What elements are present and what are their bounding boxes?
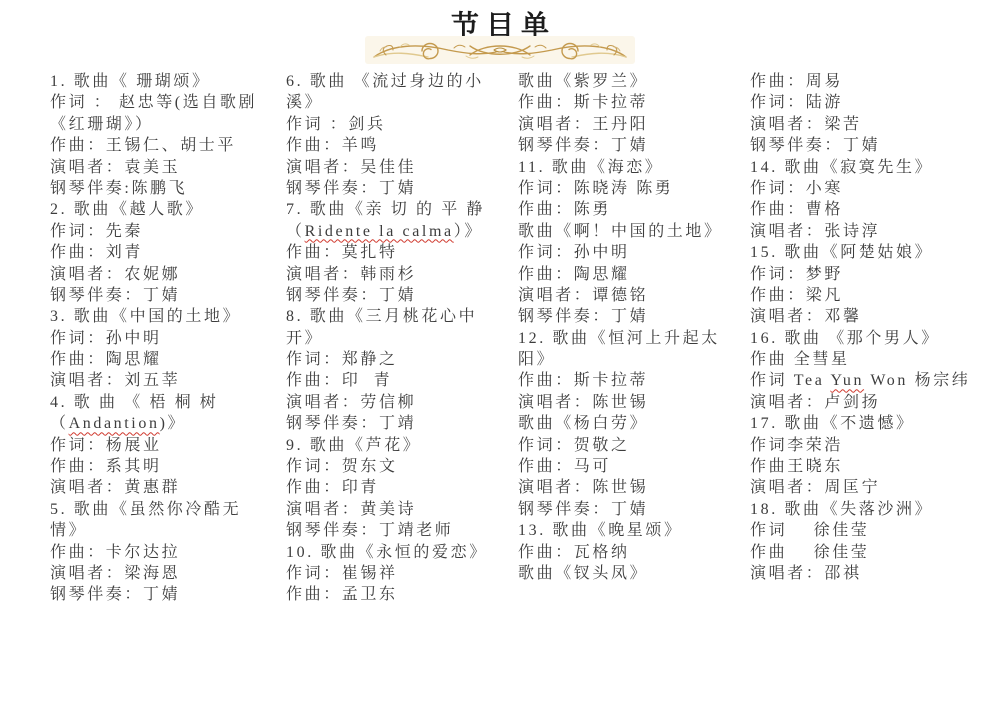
program-line: 钢琴伴奏:陈鹏飞 (50, 178, 284, 199)
program-line: 演唱者：梁海恩 (50, 563, 284, 584)
program-line: 作曲：系其明 (50, 456, 284, 477)
program-line: 开》 (286, 328, 514, 349)
program-line: 作词：崔锡祥 (286, 563, 514, 584)
program-line: 12. 歌曲《恒河上升起太 (518, 328, 746, 349)
text-segment: 作曲：印青 (286, 479, 379, 496)
program-line: 作词：孙中明 (50, 328, 284, 349)
text-segment: 钢琴伴奏：丁婧 (50, 287, 180, 304)
program-line: 17. 歌曲《不遗憾》 (750, 413, 990, 434)
text-segment: 演唱者：农妮娜 (50, 266, 180, 283)
program-line: 演唱者：陈世锡 (518, 477, 746, 498)
text-segment: 演唱者：张诗淳 (750, 223, 880, 240)
text-segment: 演唱者：陈世锡 (518, 479, 648, 496)
text-segment: 作曲：陶思耀 (518, 266, 630, 283)
text-segment: 演唱者：刘五莘 (50, 372, 180, 389)
text-segment: 作词 ： 赵忠等(选自歌剧 (50, 94, 257, 111)
program-line: 演唱者：韩雨杉 (286, 264, 514, 285)
gold-flourish-divider (365, 36, 635, 64)
text-segment: 演唱者：邵祺 (750, 565, 862, 582)
program-line: 作词：贺敬之 (518, 435, 746, 456)
program-line: 演唱者：黄美诗 (286, 499, 514, 520)
text-segment: 作曲：马可 (518, 458, 611, 475)
text-segment: 作词：贺敬之 (518, 437, 630, 454)
program-line: 作词：梦野 (750, 264, 990, 285)
text-segment: 钢琴伴奏：丁婧 (750, 137, 880, 154)
program-line: 9. 歌曲《芦花》 (286, 435, 514, 456)
text-segment: 作曲：斯卡拉蒂 (518, 94, 648, 111)
text-segment: 作词：先秦 (50, 223, 143, 240)
text-segment: 钢琴伴奏：丁婧 (286, 180, 416, 197)
program-line: 作曲王晓东 (750, 456, 990, 477)
program-line: （Ridente la calma）》 (286, 221, 514, 242)
text-segment: （ (50, 415, 69, 432)
text-segment: 演唱者：陈世锡 (518, 394, 648, 411)
text-segment: Won 杨宗纬 (864, 372, 970, 389)
program-line: 作词：贺东文 (286, 456, 514, 477)
text-segment: 歌曲《啊！中国的土地》 (518, 223, 723, 240)
text-segment: 演唱者：谭德铭 (518, 287, 648, 304)
program-line: 演唱者：劳信柳 (286, 392, 514, 413)
program-columns: 1. 歌曲《 珊瑚颂》作词 ： 赵忠等(选自歌剧《红珊瑚》）作曲：王锡仁、胡士平… (0, 71, 1000, 631)
text-segment: 作曲 徐佳莹 (750, 544, 869, 561)
text-segment: 演唱者：韩雨杉 (286, 266, 416, 283)
text-segment: 演唱者：卢剑扬 (750, 394, 880, 411)
text-segment: 作曲：斯卡拉蒂 (518, 372, 648, 389)
program-line: 钢琴伴奏：丁婧 (518, 135, 746, 156)
text-segment: 演唱者：劳信柳 (286, 394, 416, 411)
program-line: 作曲 徐佳莹 (750, 542, 990, 563)
program-line: 钢琴伴奏：丁婧 (750, 135, 990, 156)
program-line: 作曲：孟卫东 (286, 584, 514, 605)
program-line: 演唱者：农妮娜 (50, 264, 284, 285)
text-segment: 作曲：系其明 (50, 458, 162, 475)
text-segment: 作曲 全彗星 (750, 351, 850, 368)
program-line: 作曲：周易 (750, 71, 990, 92)
text-segment: 作词：孙中明 (50, 330, 162, 347)
program-line: 作词：先秦 (50, 221, 284, 242)
text-segment: 作词：陆游 (750, 94, 843, 111)
text-segment: 作曲：陈勇 (518, 201, 611, 218)
program-line: 13. 歌曲《晚星颂》 (518, 520, 746, 541)
text-segment: )》 (160, 415, 187, 432)
text-segment: 阳》 (518, 351, 555, 368)
program-line: 钢琴伴奏：丁婧 (286, 178, 514, 199)
program-line: 作曲：印 青 (286, 370, 514, 391)
program-line: 5. 歌曲《虽然你冷酷无 (50, 499, 284, 520)
program-line: 钢琴伴奏：丁婧 (518, 499, 746, 520)
program-line: 演唱者：陈世锡 (518, 392, 746, 413)
text-segment: 歌曲《紫罗兰》 (518, 73, 648, 90)
program-line: 作曲：斯卡拉蒂 (518, 92, 746, 113)
text-segment: 6. 歌曲 《流过身边的小 (286, 73, 484, 90)
text-segment: 17. 歌曲《不遗憾》 (750, 415, 915, 432)
text-segment: 10. 歌曲《永恒的爱恋》 (286, 544, 488, 561)
program-column-4: 作曲：周易作词：陆游演唱者：梁苦钢琴伴奏：丁婧14. 歌曲《寂寞先生》作词：小寒… (750, 71, 990, 584)
program-column-2: 6. 歌曲 《流过身边的小溪》作词 ：剑兵作曲：羊鸣演唱者：吴佳佳钢琴伴奏：丁婧… (286, 71, 514, 606)
program-line: 演唱者：卢剑扬 (750, 392, 990, 413)
text-segment: 钢琴伴奏：丁婧 (50, 586, 180, 603)
program-line: 作曲：陶思耀 (50, 349, 284, 370)
program-line: 1. 歌曲《 珊瑚颂》 (50, 71, 284, 92)
spellcheck-underlined-text: Andantion (69, 415, 160, 432)
text-segment: 演唱者：袁美玉 (50, 159, 180, 176)
text-segment: 情》 (50, 522, 87, 539)
program-line: 演唱者：梁苦 (750, 114, 990, 135)
program-line: 15. 歌曲《阿楚姑娘》 (750, 242, 990, 263)
program-line: 4. 歌 曲 《 梧 桐 树 (50, 392, 284, 413)
flourish-icon (370, 37, 630, 63)
program-line: 作曲：印青 (286, 477, 514, 498)
program-line: 作词：孙中明 (518, 242, 746, 263)
program-line: 情》 (50, 520, 284, 541)
program-line: （Andantion)》 (50, 413, 284, 434)
spellcheck-underlined-text: Yun (830, 372, 864, 389)
program-line: 作词：陆游 (750, 92, 990, 113)
program-line: 作曲：陈勇 (518, 199, 746, 220)
text-segment: 作曲：曹格 (750, 201, 843, 218)
text-segment: 钢琴伴奏：丁靖 (286, 415, 416, 432)
text-segment: 9. 歌曲《芦花》 (286, 437, 421, 454)
text-segment: 18. 歌曲《失落沙洲》 (750, 501, 933, 518)
program-line: 作词 ：剑兵 (286, 114, 514, 135)
program-line: 作曲：斯卡拉蒂 (518, 370, 746, 391)
text-segment: 作词李荣浩 (750, 437, 843, 454)
text-segment: 作词：郑静之 (286, 351, 398, 368)
text-segment: 1. 歌曲《 珊瑚颂》 (50, 73, 211, 90)
program-line: 演唱者：邓馨 (750, 306, 990, 327)
text-segment: 作词：小寒 (750, 180, 843, 197)
program-line: 作词：杨展业 (50, 435, 284, 456)
text-segment: （ (286, 223, 305, 240)
program-line: 作曲：羊鸣 (286, 135, 514, 156)
program-line: 溪》 (286, 92, 514, 113)
text-segment: 作词：杨展业 (50, 437, 162, 454)
text-segment: 作词：崔锡祥 (286, 565, 398, 582)
text-segment: 作词 徐佳莹 (750, 522, 869, 539)
program-line: 作词 Tea Yun Won 杨宗纬 (750, 370, 990, 391)
program-line: 阳》 (518, 349, 746, 370)
program-line: 歌曲《杨白劳》 (518, 413, 746, 434)
program-line: 歌曲《紫罗兰》 (518, 71, 746, 92)
program-line: 演唱者：刘五莘 (50, 370, 284, 391)
text-segment: 5. 歌曲《虽然你冷酷无 (50, 501, 241, 518)
program-line: 作曲：刘青 (50, 242, 284, 263)
text-segment: 歌曲《钗头凤》 (518, 565, 648, 582)
text-segment: ）》 (454, 223, 483, 240)
program-line: 作词 徐佳莹 (750, 520, 990, 541)
text-segment: 15. 歌曲《阿楚姑娘》 (750, 244, 933, 261)
text-segment: 溪》 (286, 94, 323, 111)
program-line: 16. 歌曲 《那个男人》 (750, 328, 990, 349)
text-segment: 16. 歌曲 《那个男人》 (750, 330, 940, 347)
text-segment: 钢琴伴奏：丁靖老师 (286, 522, 453, 539)
program-line: 演唱者：王丹阳 (518, 114, 746, 135)
text-segment: 作曲：孟卫东 (286, 586, 398, 603)
program-line: 钢琴伴奏：丁靖老师 (286, 520, 514, 541)
text-segment: 作词：梦野 (750, 266, 843, 283)
program-line: 钢琴伴奏：丁靖 (286, 413, 514, 434)
program-line: 《红珊瑚》） (50, 114, 284, 135)
program-line: 演唱者：吴佳佳 (286, 157, 514, 178)
text-segment: 钢琴伴奏：丁婧 (518, 308, 648, 325)
program-line: 2. 歌曲《越人歌》 (50, 199, 284, 220)
program-line: 作词 ： 赵忠等(选自歌剧 (50, 92, 284, 113)
text-segment: 11. 歌曲《海恋》 (518, 159, 663, 176)
program-line: 10. 歌曲《永恒的爱恋》 (286, 542, 514, 563)
text-segment: 作曲王晓东 (750, 458, 843, 475)
program-line: 演唱者：周匡宁 (750, 477, 990, 498)
text-segment: 作词 ：剑兵 (286, 116, 386, 133)
text-segment: 作曲：卡尔达拉 (50, 544, 180, 561)
program-line: 作词：小寒 (750, 178, 990, 199)
text-segment: 作曲：莫扎特 (286, 244, 398, 261)
program-line: 演唱者：张诗淳 (750, 221, 990, 242)
program-line: 作曲：王锡仁、胡士平 (50, 135, 284, 156)
text-segment: 开》 (286, 330, 323, 347)
text-segment: 作词 Tea (750, 372, 830, 389)
program-line: 歌曲《钗头凤》 (518, 563, 746, 584)
text-segment: 演唱者：黄美诗 (286, 501, 416, 518)
text-segment: 作曲：刘青 (50, 244, 143, 261)
text-segment: 作词：贺东文 (286, 458, 398, 475)
program-line: 钢琴伴奏：丁婧 (518, 306, 746, 327)
program-line: 14. 歌曲《寂寞先生》 (750, 157, 990, 178)
program-line: 演唱者：谭德铭 (518, 285, 746, 306)
program-line: 18. 歌曲《失落沙洲》 (750, 499, 990, 520)
text-segment: 3. 歌曲《中国的土地》 (50, 308, 241, 325)
spellcheck-underlined-text: Ridente la calma (305, 223, 454, 240)
program-line: 作曲：曹格 (750, 199, 990, 220)
text-segment: 作词：孙中明 (518, 244, 630, 261)
program-line: 钢琴伴奏：丁婧 (286, 285, 514, 306)
text-segment: 作曲：梁凡 (750, 287, 843, 304)
text-segment: 演唱者：吴佳佳 (286, 159, 416, 176)
text-segment: 歌曲《杨白劳》 (518, 415, 648, 432)
text-segment: 4. 歌 曲 《 梧 桐 树 (50, 394, 218, 411)
text-segment: 14. 歌曲《寂寞先生》 (750, 159, 933, 176)
text-segment: 作曲：印 青 (286, 372, 392, 389)
program-column-1: 1. 歌曲《 珊瑚颂》作词 ： 赵忠等(选自歌剧《红珊瑚》）作曲：王锡仁、胡士平… (50, 71, 284, 606)
text-segment: 演唱者：黄惠群 (50, 479, 180, 496)
program-line: 11. 歌曲《海恋》 (518, 157, 746, 178)
program-line: 钢琴伴奏：丁婧 (50, 285, 284, 306)
program-line: 歌曲《啊！中国的土地》 (518, 221, 746, 242)
text-segment: 演唱者：梁海恩 (50, 565, 180, 582)
text-segment: 8. 歌曲《三月桃花心中 (286, 308, 477, 325)
program-line: 作曲：梁凡 (750, 285, 990, 306)
text-segment: 作曲：羊鸣 (286, 137, 379, 154)
text-segment: 作曲：瓦格纳 (518, 544, 630, 561)
text-segment: 演唱者：周匡宁 (750, 479, 880, 496)
text-segment: 《红珊瑚》） (50, 116, 154, 133)
text-segment: 钢琴伴奏：丁婧 (286, 287, 416, 304)
program-line: 作曲：瓦格纳 (518, 542, 746, 563)
text-segment: 钢琴伴奏：丁婧 (518, 501, 648, 518)
text-segment: 演唱者：梁苦 (750, 116, 862, 133)
text-segment: 作词：陈晓涛 陈勇 (518, 180, 673, 197)
text-segment: 12. 歌曲《恒河上升起太 (518, 330, 720, 347)
program-line: 作曲 全彗星 (750, 349, 990, 370)
program-line: 作词：陈晓涛 陈勇 (518, 178, 746, 199)
program-line: 6. 歌曲 《流过身边的小 (286, 71, 514, 92)
program-line: 演唱者：袁美玉 (50, 157, 284, 178)
text-segment: 钢琴伴奏：丁婧 (518, 137, 648, 154)
program-line: 作曲：卡尔达拉 (50, 542, 284, 563)
program-line: 3. 歌曲《中国的土地》 (50, 306, 284, 327)
program-line: 作词：郑静之 (286, 349, 514, 370)
program-line: 演唱者：黄惠群 (50, 477, 284, 498)
program-line: 作词李荣浩 (750, 435, 990, 456)
text-segment: 7. 歌曲《亲 切 的 平 静 (286, 201, 485, 218)
text-segment: 钢琴伴奏:陈鹏飞 (50, 180, 187, 197)
program-line: 钢琴伴奏：丁婧 (50, 584, 284, 605)
text-segment: 作曲：王锡仁、胡士平 (50, 137, 236, 154)
text-segment: 演唱者：邓馨 (750, 308, 862, 325)
program-column-3: 歌曲《紫罗兰》作曲：斯卡拉蒂演唱者：王丹阳钢琴伴奏：丁婧11. 歌曲《海恋》作词… (518, 71, 746, 584)
text-segment: 作曲：周易 (750, 73, 843, 90)
program-sheet: 节目单 (0, 0, 1000, 715)
program-line: 8. 歌曲《三月桃花心中 (286, 306, 514, 327)
text-segment: 2. 歌曲《越人歌》 (50, 201, 204, 218)
text-segment: 作曲：陶思耀 (50, 351, 162, 368)
text-segment: 演唱者：王丹阳 (518, 116, 648, 133)
text-segment: 13. 歌曲《晚星颂》 (518, 522, 683, 539)
program-line: 作曲：马可 (518, 456, 746, 477)
program-line: 7. 歌曲《亲 切 的 平 静 (286, 199, 514, 220)
program-line: 演唱者：邵祺 (750, 563, 990, 584)
program-line: 作曲：莫扎特 (286, 242, 514, 263)
program-line: 作曲：陶思耀 (518, 264, 746, 285)
